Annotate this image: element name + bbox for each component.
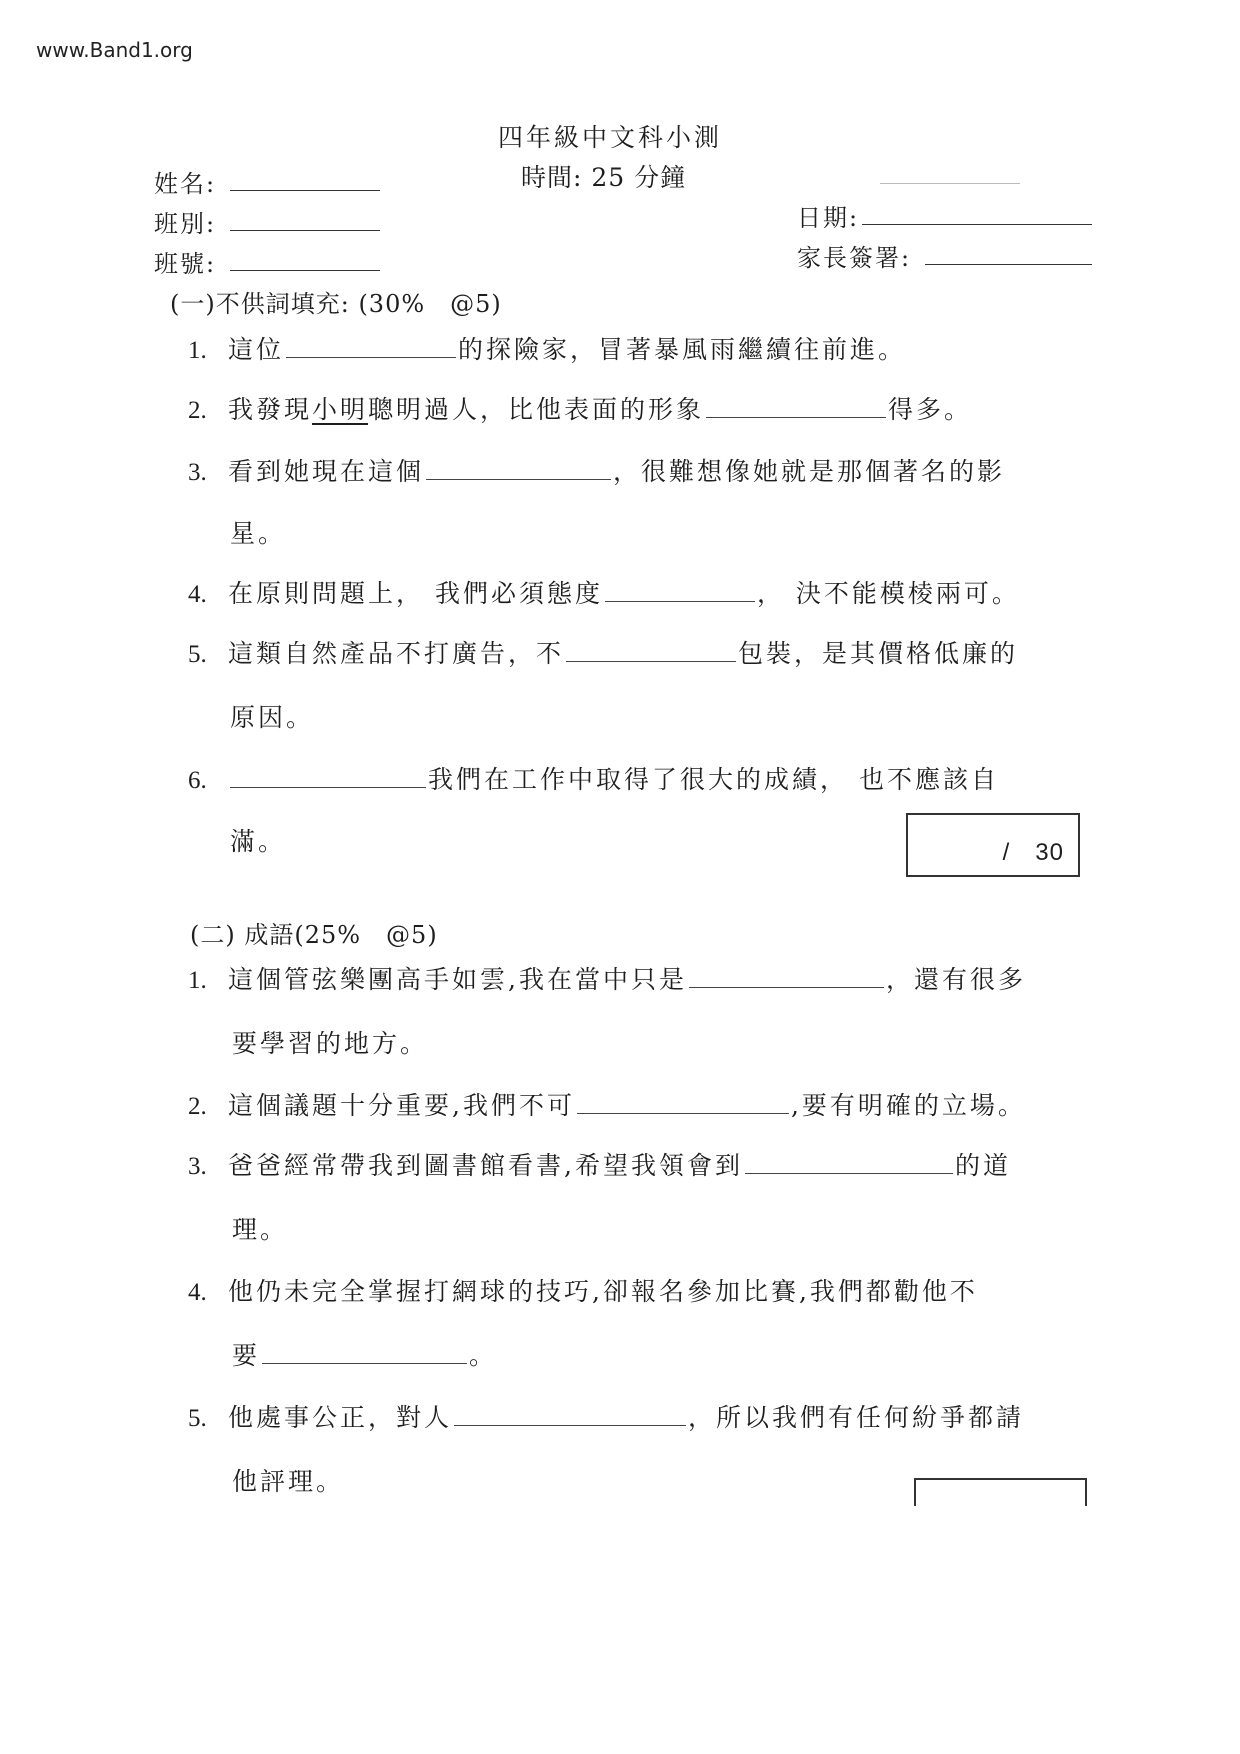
question-text: 要 <box>232 1341 260 1370</box>
question-text: 這類自然產品不打廣告，不 <box>228 639 564 668</box>
answer-blank[interactable] <box>566 639 736 662</box>
question-text: ，所以我們有任何紛爭都請 <box>688 1403 1024 1432</box>
question-text: 。 <box>469 1341 497 1370</box>
section1-score-box[interactable]: / 30 <box>906 813 1080 877</box>
s1-question-2: 2.我發現小明聰明過人，比他表面的形象得多。 <box>188 390 972 426</box>
question-text: 他仍未完全掌握打網球的技巧,卻報名參加比賽,我們都勸他不 <box>228 1277 978 1306</box>
question-text: ， 決不能模棱兩可。 <box>757 579 1020 608</box>
s1-question-5-continued: 原因。 <box>230 698 314 734</box>
question-text: 看到她現在這個 <box>228 457 424 486</box>
section2-score-box[interactable] <box>914 1478 1087 1506</box>
s2-question-5: 5.他處事公正，對人，所以我們有任何紛爭都請 <box>188 1398 1024 1434</box>
answer-blank[interactable] <box>577 1091 789 1114</box>
answer-blank[interactable] <box>706 395 886 418</box>
s2-question-1-continued: 要學習的地方。 <box>232 1024 428 1060</box>
question-text: ,要有明確的立場。 <box>791 1091 1026 1120</box>
class-number-field[interactable] <box>230 270 380 271</box>
section1-score-total: / 30 <box>1003 832 1064 867</box>
answer-blank[interactable] <box>230 765 426 788</box>
question-text: 這個議題十分重要,我們不可 <box>228 1091 575 1120</box>
question-number: 1. <box>188 337 228 365</box>
question-number: 2. <box>188 1093 228 1121</box>
proper-noun-underlined: 小明 <box>312 395 368 424</box>
answer-blank[interactable] <box>745 1151 953 1174</box>
s2-question-4: 4.他仍未完全掌握打網球的技巧,卻報名參加比賽,我們都勸他不 <box>188 1272 978 1308</box>
question-text: 的探險家，冒著暴風雨繼續往前進。 <box>458 335 906 364</box>
question-number: 3. <box>188 459 228 487</box>
answer-blank[interactable] <box>426 457 611 480</box>
question-number: 6. <box>188 767 228 795</box>
class-number-label: 班號: <box>154 244 216 279</box>
question-number: 5. <box>188 641 228 669</box>
site-watermark: www.Band1.org <box>36 38 193 62</box>
section1-heading: (一)不供詞填充: (30% @5) <box>170 284 502 319</box>
name-field[interactable] <box>230 190 380 191</box>
s2-question-1: 1.這個管弦樂團高手如雲,我在當中只是，還有很多 <box>188 960 1026 996</box>
question-text: 我們在工作中取得了很大的成績， 也不應該自 <box>428 765 999 794</box>
parent-signature-label: 家長簽署: <box>797 238 911 273</box>
question-text: 我發現 <box>228 395 312 424</box>
s1-question-6-continued: 滿。 <box>230 822 286 858</box>
s1-question-1: 1.這位的探險家，冒著暴風雨繼續往前進。 <box>188 330 906 366</box>
answer-blank[interactable] <box>454 1403 686 1426</box>
s2-question-5-continued: 他評理。 <box>232 1462 344 1498</box>
question-text: 這位 <box>228 335 284 364</box>
date-label: 日期: <box>797 198 859 233</box>
question-text: ，很難想像她就是那個著名的影 <box>613 457 1005 486</box>
answer-blank[interactable] <box>262 1341 467 1364</box>
name-label: 姓名: <box>154 164 216 199</box>
question-text: 聰明過人，比他表面的形象 <box>368 395 704 424</box>
question-text: 爸爸經常帶我到圖書館看書,希望我領會到 <box>228 1151 743 1180</box>
answer-blank[interactable] <box>689 965 884 988</box>
s1-question-3-continued: 星。 <box>230 514 286 550</box>
question-number: 1. <box>188 967 228 995</box>
parent-signature-field[interactable] <box>925 264 1092 265</box>
s2-question-4-continued: 要。 <box>232 1336 497 1372</box>
class-field[interactable] <box>230 230 380 231</box>
time-limit: 時間: 25 分鐘 <box>521 158 686 194</box>
section2-heading: (二) 成語(25% @5) <box>190 915 438 950</box>
question-number: 4. <box>188 581 228 609</box>
question-text: 在原則問題上， 我們必須態度 <box>228 579 603 608</box>
question-number: 4. <box>188 1279 228 1307</box>
s1-question-5: 5.這類自然產品不打廣告，不包裝，是其價格低廉的 <box>188 634 1018 670</box>
class-label: 班別: <box>154 204 216 239</box>
s1-question-3: 3.看到她現在這個，很難想像她就是那個著名的影 <box>188 452 1005 488</box>
question-text: 包裝，是其價格低廉的 <box>738 639 1018 668</box>
question-number: 2. <box>188 397 228 425</box>
question-text: ，還有很多 <box>886 965 1026 994</box>
page-title: 四年級中文科小測 <box>498 118 722 154</box>
answer-blank[interactable] <box>286 335 456 358</box>
cut-off-field-line <box>880 183 1020 184</box>
answer-blank[interactable] <box>605 579 755 602</box>
question-number: 5. <box>188 1405 228 1433</box>
s2-question-3: 3.爸爸經常帶我到圖書館看書,希望我領會到的道 <box>188 1146 1011 1182</box>
question-text: 的道 <box>955 1151 1011 1180</box>
question-text: 這個管弦樂團高手如雲,我在當中只是 <box>228 965 687 994</box>
question-text: 他處事公正，對人 <box>228 1403 452 1432</box>
question-number: 3. <box>188 1153 228 1181</box>
question-text: 得多。 <box>888 395 972 424</box>
s1-question-6: 6.我們在工作中取得了很大的成績， 也不應該自 <box>188 760 999 796</box>
date-field[interactable] <box>862 224 1092 225</box>
s2-question-2: 2.這個議題十分重要,我們不可,要有明確的立場。 <box>188 1086 1026 1122</box>
s1-question-4: 4.在原則問題上， 我們必須態度， 決不能模棱兩可。 <box>188 574 1020 610</box>
s2-question-3-continued: 理。 <box>232 1210 288 1246</box>
